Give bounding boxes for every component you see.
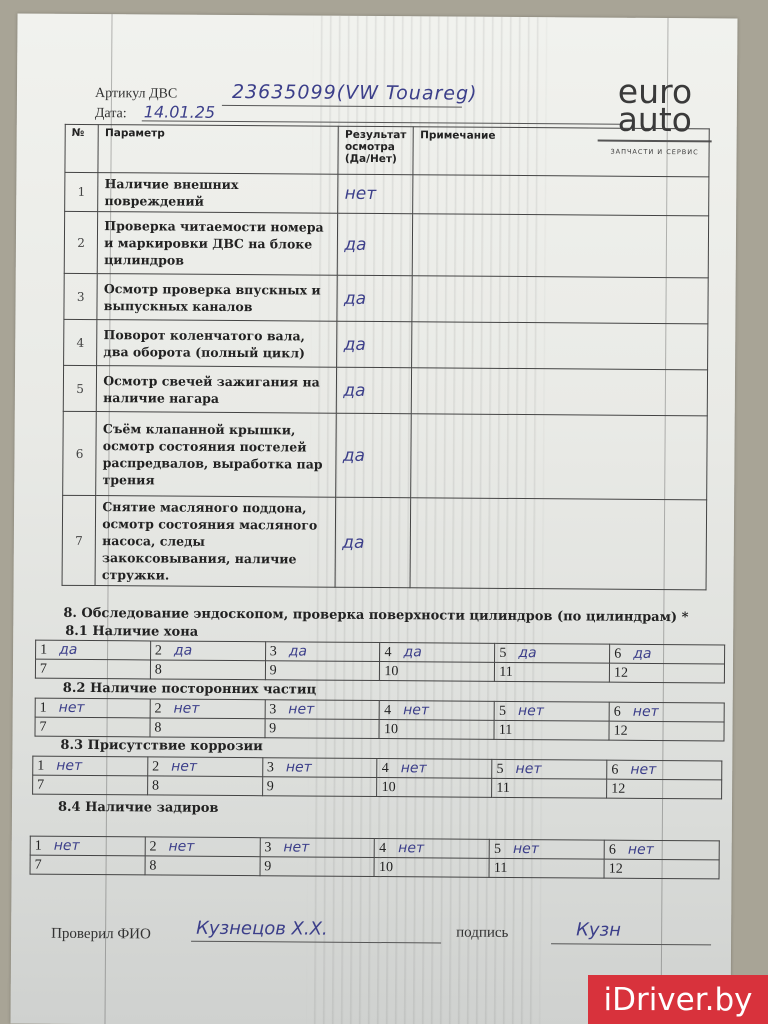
- cylinder-number: 11: [496, 780, 510, 795]
- cylinder-cell[interactable]: 12: [607, 779, 722, 799]
- article-label: Артикул ДВС: [95, 86, 177, 103]
- cylinder-cell[interactable]: 2да: [150, 641, 265, 661]
- cylinder-value: нет: [54, 837, 80, 853]
- row-parameter: Снятие масляного поддона, осмотр состоян…: [95, 496, 336, 588]
- cylinder-cell[interactable]: 1да: [36, 640, 151, 660]
- cylinder-cell[interactable]: 4нет: [375, 839, 490, 859]
- cylinder-value: нет: [288, 701, 314, 717]
- cylinder-number: 7: [35, 857, 42, 872]
- cylinder-number: 8: [149, 858, 156, 873]
- table-row: 6Съём клапанной крышки, осмотр состояния…: [63, 411, 708, 499]
- cylinder-number: 2: [154, 701, 161, 716]
- subsection-title: 8.4 Наличие задиров: [58, 800, 219, 816]
- cylinder-number: 3: [267, 760, 274, 775]
- cylinder-cell[interactable]: 2нет: [148, 757, 263, 777]
- row-note[interactable]: [412, 368, 708, 416]
- row-number: 7: [62, 495, 96, 585]
- cylinder-value: нет: [56, 757, 82, 773]
- cylinder-value: да: [404, 644, 422, 660]
- row-number: 6: [63, 411, 97, 495]
- cylinder-number: 3: [269, 702, 276, 717]
- cylinder-value: нет: [403, 702, 429, 718]
- cylinder-value: нет: [628, 841, 654, 857]
- section8-title: 8. Обследование эндоскопом, проверка пов…: [63, 606, 688, 625]
- table-row: 3Осмотр проверка впускных и выпускных ка…: [64, 273, 708, 323]
- cylinder-number: 12: [609, 861, 623, 876]
- cylinder-number: 11: [494, 860, 508, 875]
- cylinder-row: 789101112: [35, 659, 724, 683]
- cylinder-cell[interactable]: 10: [377, 778, 492, 798]
- cylinder-cell[interactable]: 1нет: [30, 836, 145, 856]
- row-note[interactable]: [411, 414, 707, 500]
- cylinder-number: 1: [40, 700, 47, 715]
- subsection-title: 8.3 Присутствие коррозии: [60, 738, 262, 754]
- cylinder-table-particles: 1нет2нет3нет4нет5нет6нет789101112: [34, 698, 724, 742]
- cylinder-cell[interactable]: 3нет: [260, 838, 375, 858]
- inspection-table: № Параметр Результат осмотра (Да/Нет) Пр…: [62, 124, 710, 590]
- cylinder-value: да: [174, 642, 192, 658]
- cylinder-cell[interactable]: 11: [495, 662, 610, 682]
- cylinder-number: 1: [40, 642, 47, 657]
- cylinder-number: 3: [270, 644, 277, 659]
- cylinder-cell[interactable]: 12: [609, 721, 724, 741]
- cylinder-cell[interactable]: 5нет: [492, 759, 607, 779]
- cylinder-value: нет: [398, 840, 424, 856]
- cylinder-cell[interactable]: 7: [35, 659, 150, 679]
- cylinder-number: 8: [152, 778, 159, 793]
- cylinder-number: 4: [382, 761, 389, 776]
- cylinder-value: нет: [59, 699, 85, 715]
- cylinder-value: да: [518, 645, 536, 661]
- cylinder-value: нет: [518, 703, 544, 719]
- cylinder-cell[interactable]: 11: [492, 778, 607, 798]
- cylinder-cell[interactable]: 8: [150, 660, 265, 680]
- cylinder-cell[interactable]: 1нет: [35, 698, 150, 718]
- cylinder-cell[interactable]: 11: [494, 720, 609, 740]
- cylinder-cell[interactable]: 9: [260, 857, 375, 877]
- cylinder-cell[interactable]: 11: [489, 858, 604, 878]
- cylinder-value: нет: [283, 839, 309, 855]
- cylinder-cell[interactable]: 3нет: [265, 700, 380, 720]
- header-num: №: [65, 124, 99, 172]
- row-note[interactable]: [412, 322, 708, 370]
- row-result[interactable]: да: [337, 275, 412, 322]
- cylinder-value: да: [59, 641, 77, 657]
- cylinder-cell[interactable]: 7: [33, 775, 148, 795]
- cylinder-number: 11: [499, 722, 513, 737]
- cylinder-number: 11: [499, 664, 513, 679]
- cylinder-number: 7: [40, 719, 47, 734]
- header-param: Параметр: [98, 125, 338, 175]
- row-result[interactable]: да: [337, 321, 412, 368]
- signature-value: Кузн: [576, 919, 621, 940]
- table-row: 4Поворот коленчатого вала, два оборота (…: [64, 319, 708, 369]
- row-number: 2: [64, 211, 98, 273]
- cylinder-number: 12: [614, 723, 628, 738]
- cylinder-number: 10: [379, 860, 393, 875]
- inspection-sheet: Артикул ДВС 23635099(VW Touareg) Дата: 1…: [10, 13, 737, 1024]
- cylinder-value: нет: [630, 761, 656, 777]
- cylinder-number: 8: [154, 720, 161, 735]
- cylinder-cell[interactable]: 6да: [610, 644, 725, 664]
- idriver-watermark: iDriver.by: [588, 975, 768, 1024]
- cylinder-cell[interactable]: 8: [145, 856, 260, 876]
- cylinder-table-scoring: 1нет2нет3нет4нет5нет6нет789101112: [30, 836, 720, 880]
- cylinder-number: 12: [614, 665, 628, 680]
- cylinder-cell[interactable]: 7: [35, 717, 150, 737]
- cylinder-number: 6: [614, 646, 621, 661]
- table-header-row: № Параметр Результат осмотра (Да/Нет) Пр…: [65, 124, 709, 176]
- cylinder-number: 2: [155, 643, 162, 658]
- table-row: 7Снятие масляного поддона, осмотр состоя…: [62, 495, 707, 589]
- cylinder-number: 5: [499, 703, 506, 718]
- header-result: Результат осмотра (Да/Нет): [338, 126, 413, 175]
- cylinder-number: 1: [37, 758, 44, 773]
- cylinder-value: нет: [401, 760, 427, 776]
- cylinder-cell[interactable]: 9: [265, 719, 380, 739]
- cylinder-value: нет: [513, 840, 539, 856]
- checked-by-value: Кузнецов Х.Х.: [196, 918, 328, 940]
- cylinder-cell[interactable]: 2нет: [145, 837, 260, 857]
- cylinder-cell[interactable]: 4да: [380, 643, 495, 663]
- subsection-title: 8.2 Наличие посторонних частиц: [63, 681, 316, 698]
- header-note: Примечание: [413, 127, 709, 177]
- cylinder-cell[interactable]: 8: [147, 776, 262, 796]
- date-value: 14.01.25: [144, 102, 215, 121]
- checked-by-label: Проверил ФИО: [51, 926, 151, 944]
- cylinder-cell[interactable]: 12: [604, 859, 719, 879]
- cylinder-cell[interactable]: 9: [262, 777, 377, 797]
- cylinder-number: 6: [611, 762, 618, 777]
- cylinder-number: 5: [499, 645, 506, 660]
- row-parameter: Осмотр проверка впускных и выпускных кан…: [97, 274, 337, 322]
- row-result[interactable]: нет: [338, 174, 413, 214]
- cylinder-cell[interactable]: 5нет: [494, 701, 609, 721]
- signature-label: подпись: [456, 925, 508, 942]
- cylinder-number: 1: [35, 838, 42, 853]
- cylinder-number: 7: [37, 777, 44, 792]
- row-note[interactable]: [413, 175, 709, 216]
- cylinder-value: нет: [516, 760, 542, 776]
- cylinder-cell[interactable]: 6нет: [604, 840, 719, 860]
- cylinder-number: 3: [264, 840, 271, 855]
- cylinder-number: 4: [379, 841, 386, 856]
- table-row: 2Проверка читаемости номера и маркировки…: [64, 211, 708, 277]
- cylinder-number: 6: [609, 842, 616, 857]
- cylinder-number: 5: [497, 761, 504, 776]
- cylinder-number: 9: [269, 721, 276, 736]
- watermark-text: iDriver.by: [603, 982, 752, 1018]
- cylinder-number: 10: [384, 722, 398, 737]
- subsection-title: 8.1 Наличие хона: [65, 624, 198, 640]
- cylinder-number: 4: [385, 645, 392, 660]
- cylinder-number: 12: [611, 781, 625, 796]
- table-row: 1Наличие внешних поврежденийнет: [65, 172, 709, 215]
- article-underline: [222, 105, 462, 108]
- row-result[interactable]: да: [337, 367, 412, 414]
- cylinder-table-hone: 1да2да3да4да5да6да789101112: [35, 640, 725, 684]
- cylinder-number: 6: [614, 704, 621, 719]
- cylinder-cell[interactable]: 4нет: [380, 701, 495, 721]
- cylinder-cell[interactable]: 1нет: [33, 756, 148, 776]
- cylinder-number: 10: [384, 664, 398, 679]
- cylinder-number: 7: [40, 661, 47, 676]
- cylinder-row: 789101112: [33, 775, 722, 799]
- cylinder-number: 9: [270, 663, 277, 678]
- cylinder-cell[interactable]: 8: [150, 718, 265, 738]
- cylinder-value: нет: [286, 759, 312, 775]
- cylinder-number: 4: [384, 703, 391, 718]
- cylinder-value: нет: [173, 700, 199, 716]
- cylinder-row: 789101112: [30, 855, 719, 879]
- cylinder-number: 9: [264, 859, 271, 874]
- row-number: 3: [64, 273, 98, 319]
- cylinder-table-corrosion: 1нет2нет3нет4нет5нет6нет789101112: [32, 756, 722, 800]
- row-note[interactable]: [410, 498, 706, 590]
- row-parameter: Проверка читаемости номера и маркировки …: [98, 212, 339, 276]
- cylinder-cell[interactable]: 5да: [495, 643, 610, 663]
- table-row: 5Осмотр свечей зажигания на наличие нага…: [63, 365, 707, 415]
- cylinder-cell[interactable]: 12: [610, 663, 725, 683]
- cylinder-number: 10: [382, 780, 396, 795]
- row-result[interactable]: да: [338, 213, 413, 276]
- cylinder-number: 2: [152, 759, 159, 774]
- cylinder-number: 9: [267, 779, 274, 794]
- cylinder-cell[interactable]: 10: [375, 858, 490, 878]
- row-number: 5: [63, 365, 97, 411]
- cylinder-cell[interactable]: 9: [265, 661, 380, 681]
- cylinder-number: 8: [155, 662, 162, 677]
- row-parameter: Поворот коленчатого вала, два оборота (п…: [97, 320, 337, 368]
- article-value: 23635099(VW Touareg): [232, 81, 478, 105]
- row-parameter: Наличие внешних повреждений: [98, 173, 338, 214]
- row-parameter: Осмотр свечей зажигания на наличие нагар…: [97, 366, 337, 414]
- cylinder-cell[interactable]: 6нет: [607, 760, 722, 780]
- cylinder-cell[interactable]: 2нет: [150, 699, 265, 719]
- cylinder-value: нет: [168, 838, 194, 854]
- row-note[interactable]: [412, 276, 708, 324]
- cylinder-number: 2: [149, 839, 156, 854]
- cylinder-value: нет: [171, 758, 197, 774]
- cylinder-cell[interactable]: 7: [30, 855, 145, 875]
- cylinder-cell[interactable]: 10: [379, 720, 494, 740]
- signature-underline: [551, 943, 711, 945]
- cylinder-cell[interactable]: 3да: [265, 642, 380, 662]
- row-result[interactable]: да: [335, 497, 411, 588]
- cylinder-number: 5: [494, 841, 501, 856]
- cylinder-cell[interactable]: 4нет: [377, 759, 492, 779]
- name-underline: [191, 941, 441, 944]
- row-number: 1: [65, 172, 99, 211]
- cylinder-value: нет: [633, 703, 659, 719]
- cylinder-cell[interactable]: 3нет: [262, 758, 377, 778]
- date-label: Дата:: [95, 106, 127, 122]
- cylinder-cell[interactable]: 10: [380, 662, 495, 682]
- row-number: 4: [64, 319, 98, 365]
- cylinder-value: да: [289, 643, 307, 659]
- row-note[interactable]: [413, 214, 709, 278]
- cylinder-cell[interactable]: 5нет: [489, 839, 604, 859]
- cylinder-value: да: [633, 645, 651, 661]
- row-parameter: Съём клапанной крышки, осмотр состояния …: [96, 412, 337, 498]
- cylinder-cell[interactable]: 6нет: [609, 702, 724, 722]
- row-result[interactable]: да: [336, 413, 412, 498]
